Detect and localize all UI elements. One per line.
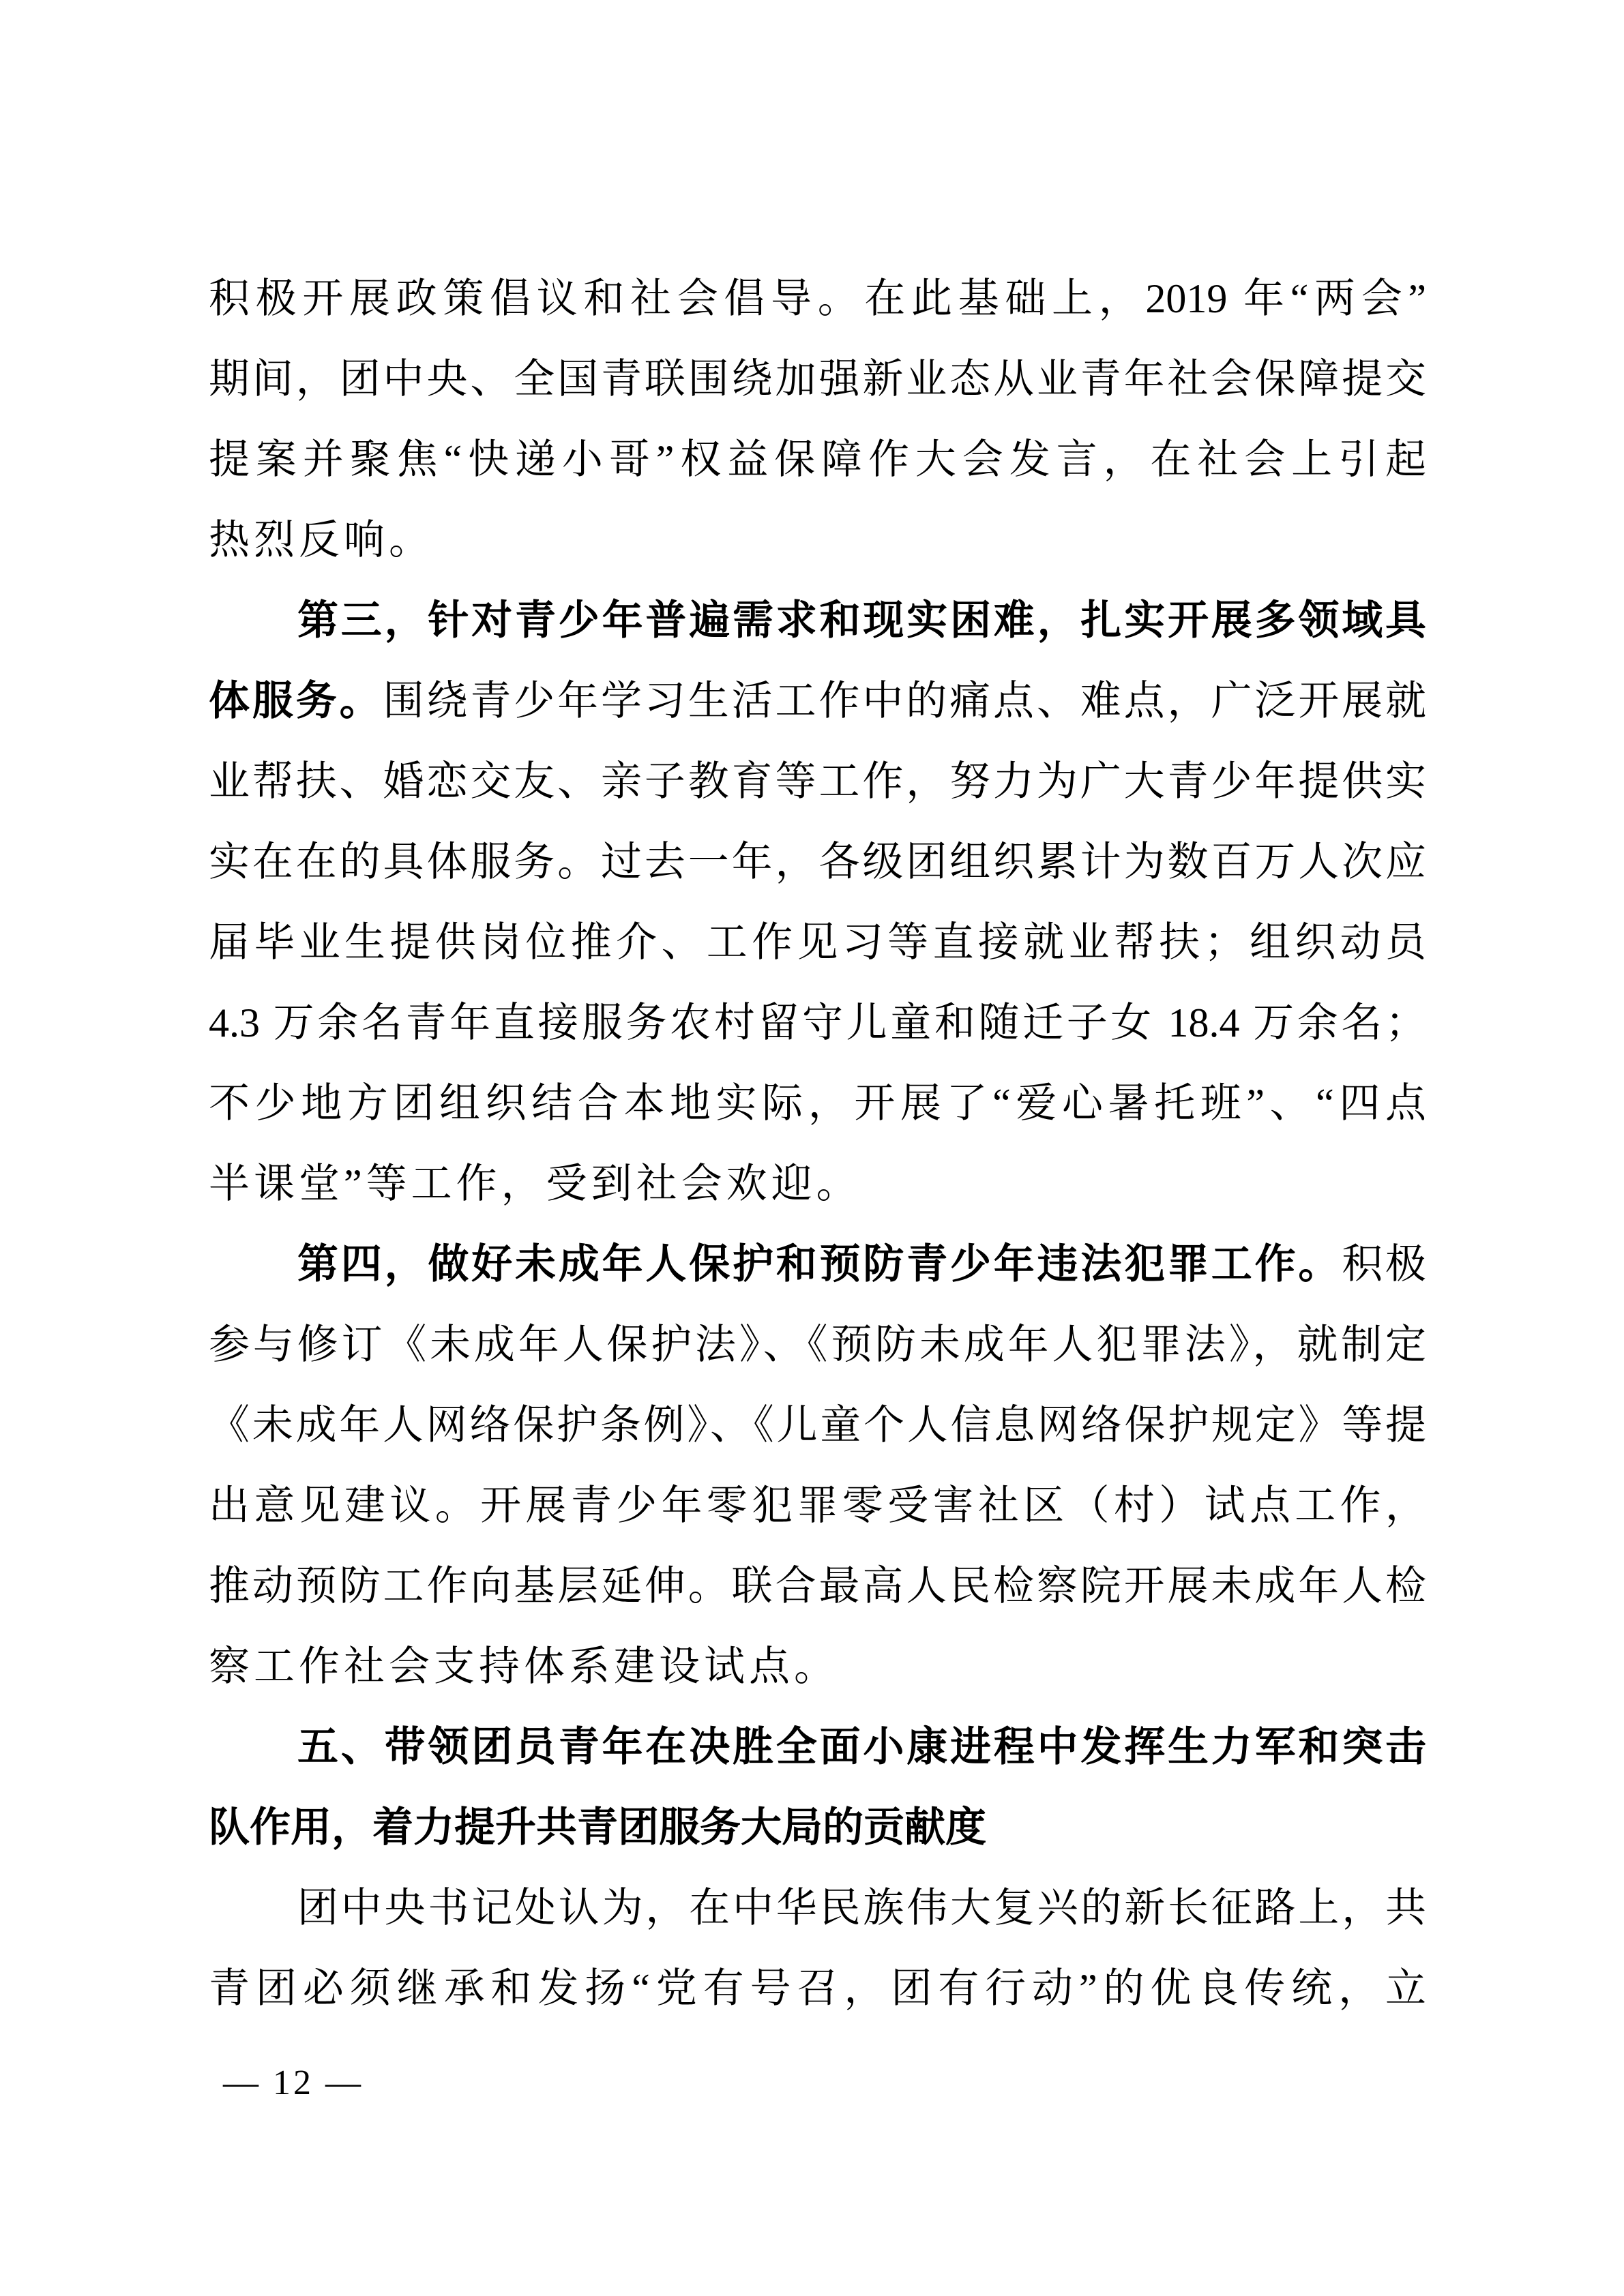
text-line: 察工作社会支持体系建设试点。 (209, 1626, 1426, 1707)
text-segment: 参与修订《未成年人保护法》、《预防未成年人犯罪法》，就制定 (209, 1322, 1426, 1367)
text-segment: 体服务。 (209, 679, 383, 724)
text-line: 体服务。围绕青少年学习生活工作中的痛点、难点，广泛开展就 (209, 661, 1426, 741)
text-line: 热烈反响。 (209, 500, 1426, 580)
text-line: 青团必须继承和发扬“党有号召，团有行动”的优良传统，立 (209, 1948, 1426, 2029)
text-segment: 第四，做好未成年人保护和预防青少年违法犯罪工作。 (297, 1242, 1342, 1287)
text-segment: 不少地方团组织结合本地实际，开展了“爱心暑托班”、“四点 (209, 1081, 1426, 1126)
text-segment: 4.3 万余名青年直接服务农村留守儿童和随迁子女 18.4 万余名； (209, 1000, 1426, 1045)
text-line: 参与修订《未成年人保护法》、《预防未成年人犯罪法》，就制定 (209, 1304, 1426, 1385)
page-number: — 12 — (223, 2059, 364, 2107)
text-segment: 积极 (1342, 1242, 1426, 1287)
document-text-block: 积极开展政策倡议和社会倡导。在此基础上，2019 年“两会” 期间，团中央、全国… (209, 258, 1426, 2029)
text-segment: 期间，团中央、全国青联围绕加强新业态从业青年社会保障提交 (209, 357, 1426, 402)
text-segment: 提案并聚焦“快递小哥”权益保障作大会发言，在社会上引起 (209, 437, 1426, 482)
text-segment: 《未成年人网络保护条例》、《儿童个人信息网络保护规定》等提 (209, 1403, 1426, 1448)
text-segment: 业帮扶、婚恋交友、亲子教育等工作，努力为广大青少年提供实 (209, 759, 1426, 804)
text-line-lead: 第三，针对青少年普遍需求和现实困难，扎实开展多领域具 (209, 580, 1426, 661)
text-segment: 热烈反响。 (209, 518, 434, 563)
text-line-lead: 第四，做好未成年人保护和预防青少年违法犯罪工作。积极 (209, 1224, 1426, 1304)
text-segment: 队作用，着力提升共青团服务大局的贡献度 (209, 1804, 986, 1850)
text-line: 实在在的具体服务。过去一年，各级团组织累计为数百万人次应 (209, 822, 1426, 902)
text-line: 不少地方团组织结合本地实际，开展了“爱心暑托班”、“四点 (209, 1063, 1426, 1144)
text-segment: 半课堂”等工作，受到社会欢迎。 (209, 1161, 861, 1206)
text-line: 业帮扶、婚恋交友、亲子教育等工作，努力为广大青少年提供实 (209, 741, 1426, 822)
section-heading-line: 队作用，着力提升共青团服务大局的贡献度 (209, 1787, 1426, 1868)
text-segment: 推动预防工作向基层延伸。联合最高人民检察院开展未成年人检 (209, 1564, 1426, 1609)
text-segment: 第三，针对青少年普遍需求和现实困难，扎实开展多领域具 (297, 598, 1426, 643)
text-line: 期间，团中央、全国青联围绕加强新业态从业青年社会保障提交 (209, 339, 1426, 419)
text-segment: 围绕青少年学习生活工作中的痛点、难点，广泛开展就 (383, 679, 1426, 724)
text-segment: 积极开展政策倡议和社会倡导。在此基础上，2019 年“两会” (209, 276, 1426, 321)
text-segment: 团中央书记处认为，在中华民族伟大复兴的新长征路上，共 (297, 1885, 1426, 1930)
text-line: 4.3 万余名青年直接服务农村留守儿童和随迁子女 18.4 万余名； (209, 983, 1426, 1063)
text-segment: 五、带领团员青年在决胜全面小康进程中发挥生力军和突击 (297, 1724, 1426, 1770)
text-segment: 察工作社会支持体系建设试点。 (209, 1644, 839, 1689)
text-segment: 实在在的具体服务。过去一年，各级团组织累计为数百万人次应 (209, 839, 1426, 884)
text-segment: 青团必须继承和发扬“党有号召，团有行动”的优良传统，立 (209, 1966, 1426, 2011)
text-segment: 届毕业生提供岗位推介、工作见习等直接就业帮扶；组织动员 (209, 920, 1426, 965)
text-line: 出意见建议。开展青少年零犯罪零受害社区（村）试点工作， (209, 1465, 1426, 1546)
document-page: 积极开展政策倡议和社会倡导。在此基础上，2019 年“两会” 期间，团中央、全国… (0, 0, 1624, 2296)
text-segment: 出意见建议。开展青少年零犯罪零受害社区（村）试点工作， (209, 1483, 1426, 1528)
text-line: 《未成年人网络保护条例》、《儿童个人信息网络保护规定》等提 (209, 1385, 1426, 1465)
text-line: 推动预防工作向基层延伸。联合最高人民检察院开展未成年人检 (209, 1546, 1426, 1626)
text-line: 届毕业生提供岗位推介、工作见习等直接就业帮扶；组织动员 (209, 902, 1426, 983)
text-line: 提案并聚焦“快递小哥”权益保障作大会发言，在社会上引起 (209, 419, 1426, 500)
text-line: 半课堂”等工作，受到社会欢迎。 (209, 1144, 1426, 1224)
text-line: 积极开展政策倡议和社会倡导。在此基础上，2019 年“两会” (209, 258, 1426, 339)
section-heading-line: 五、带领团员青年在决胜全面小康进程中发挥生力军和突击 (209, 1707, 1426, 1787)
text-line: 团中央书记处认为，在中华民族伟大复兴的新长征路上，共 (209, 1868, 1426, 1948)
